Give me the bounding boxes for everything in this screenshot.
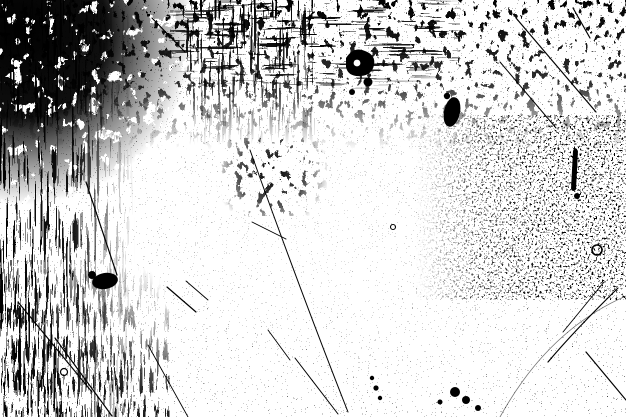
right-column-speckle <box>415 115 626 300</box>
topleft-corner-blotch <box>0 0 220 230</box>
grunge-texture-svg <box>0 0 626 417</box>
center-left-blotch-cluster <box>215 138 327 216</box>
bottom-left-grass-layer <box>0 260 170 417</box>
grunge-texture-canvas <box>0 0 626 417</box>
